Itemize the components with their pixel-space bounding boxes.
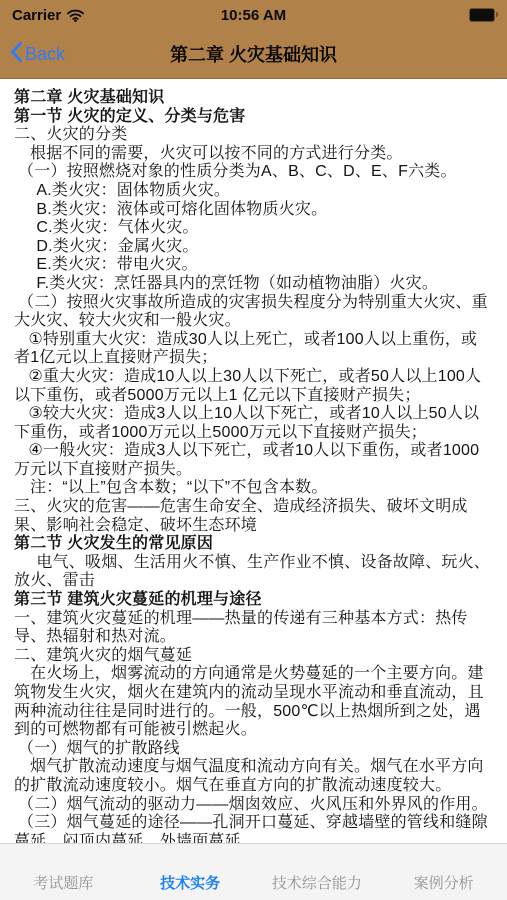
back-label: Back: [25, 44, 65, 65]
tab-case-analysis[interactable]: 案例分析: [380, 872, 507, 893]
paragraph: 根据不同的需要，火灾可以按不同的方式进行分类。: [14, 145, 493, 164]
paragraph: （二）烟气流动的驱动力——烟囱效应、火风压和外界风的作用。: [14, 796, 493, 815]
paragraph: 烟气扩散流动速度与烟气温度和流动方向有关。烟气在水平方向的扩散流动速度较小。烟气…: [14, 758, 493, 795]
document-content[interactable]: 第二章 火灾基础知识 第一节 火灾的定义、分类与危害 二、火灾的分类 根据不同的…: [0, 79, 507, 843]
chevron-left-icon: [10, 42, 22, 67]
paragraph: C.类火灾：气体火灾。: [14, 219, 493, 238]
paragraph: （二）按照火灾事故所造成的灾害损失程度分为特别重大火灾、重大火灾、较大火灾和一般…: [14, 294, 493, 331]
paragraph: ①特别重大火灾：造成30人以上死亡，或者100人以上重伤，或者1亿元以上直接财产…: [14, 331, 493, 368]
battery-icon: [469, 8, 495, 22]
carrier-label: Carrier: [12, 7, 61, 24]
app-window: Carrier 10:56 AM Back 第二章: [0, 0, 507, 900]
paragraph: E.类火灾：带电火灾。: [14, 256, 493, 275]
paragraph: 在火场上，烟雾流动的方向通常是火势蔓延的一个主要方向。建筑物发生火灾，烟火在建筑…: [14, 665, 493, 739]
paragraph: ②重大火灾：造成10人以上30人以下死亡，或者50人以上100人以下重伤，或者5…: [14, 368, 493, 405]
section-heading: 第一节 火灾的定义、分类与危害: [14, 108, 493, 127]
paragraph: （三）烟气蔓延的途径——孔洞开口蔓延、穿越墙壁的管线和缝隙蔓延、闷顶内蔓延、外墙…: [14, 814, 493, 843]
section-heading: 第二节 火灾发生的常见原因: [14, 535, 493, 554]
paragraph: B.类火灾：液体或可熔化固体物质火灾。: [14, 201, 493, 220]
navigation-bar: Back 第二章 火灾基础知识: [0, 30, 507, 79]
paragraph: （一）烟气的扩散路线: [14, 740, 493, 759]
paragraph: 电气、吸烟、生活用火不慎、生产作业不慎、设备故障、玩火、放火、雷击: [14, 554, 493, 591]
paragraph: ③较大火灾：造成3人以上10人以下死亡，或者10人以上50人以下重伤，或者100…: [14, 405, 493, 442]
status-bar: Carrier 10:56 AM: [0, 0, 507, 30]
paragraph: A.类火灾：固体物质火灾。: [14, 182, 493, 201]
paragraph: 注：“以上”包含本数；“以下”不包含本数。: [14, 479, 493, 498]
tab-bar: 考试题库 技术实务 技术综合能力 案例分析: [0, 843, 507, 900]
chapter-heading: 第二章 火灾基础知识: [14, 89, 493, 108]
paragraph: 一、建筑火灾蔓延的机理——热量的传递有三种基本方式：热传导、热辐射和热对流。: [14, 610, 493, 647]
paragraph: （一）按照燃烧对象的性质分类为A、B、C、D、E、F六类。: [14, 163, 493, 182]
back-button[interactable]: Back: [10, 30, 65, 78]
tab-exam-bank[interactable]: 考试题库: [0, 872, 127, 893]
tab-technical-practice[interactable]: 技术实务: [127, 872, 254, 893]
status-right: [469, 8, 495, 22]
tab-comprehensive-ability[interactable]: 技术综合能力: [254, 872, 381, 893]
paragraph: 二、建筑火灾的烟气蔓延: [14, 647, 493, 666]
paragraph: F.类火灾：烹饪器具内的烹饪物（如动植物油脂）火灾。: [14, 275, 493, 294]
paragraph: D.类火灾：金属火灾。: [14, 238, 493, 257]
wifi-icon: [67, 9, 84, 22]
paragraph: ④一般火灾：造成3人以下死亡，或者10人以下重伤，或者1000万元以下直接财产损…: [14, 442, 493, 479]
paragraph: 三、火灾的危害——危害生命安全、造成经济损失、破坏文明成果、影响社会稳定、破坏生…: [14, 498, 493, 535]
page-title: 第二章 火灾基础知识: [170, 41, 337, 67]
section-heading: 第三节 建筑火灾蔓延的机理与途径: [14, 591, 493, 610]
paragraph: 二、火灾的分类: [14, 126, 493, 145]
status-left: Carrier: [12, 7, 84, 24]
